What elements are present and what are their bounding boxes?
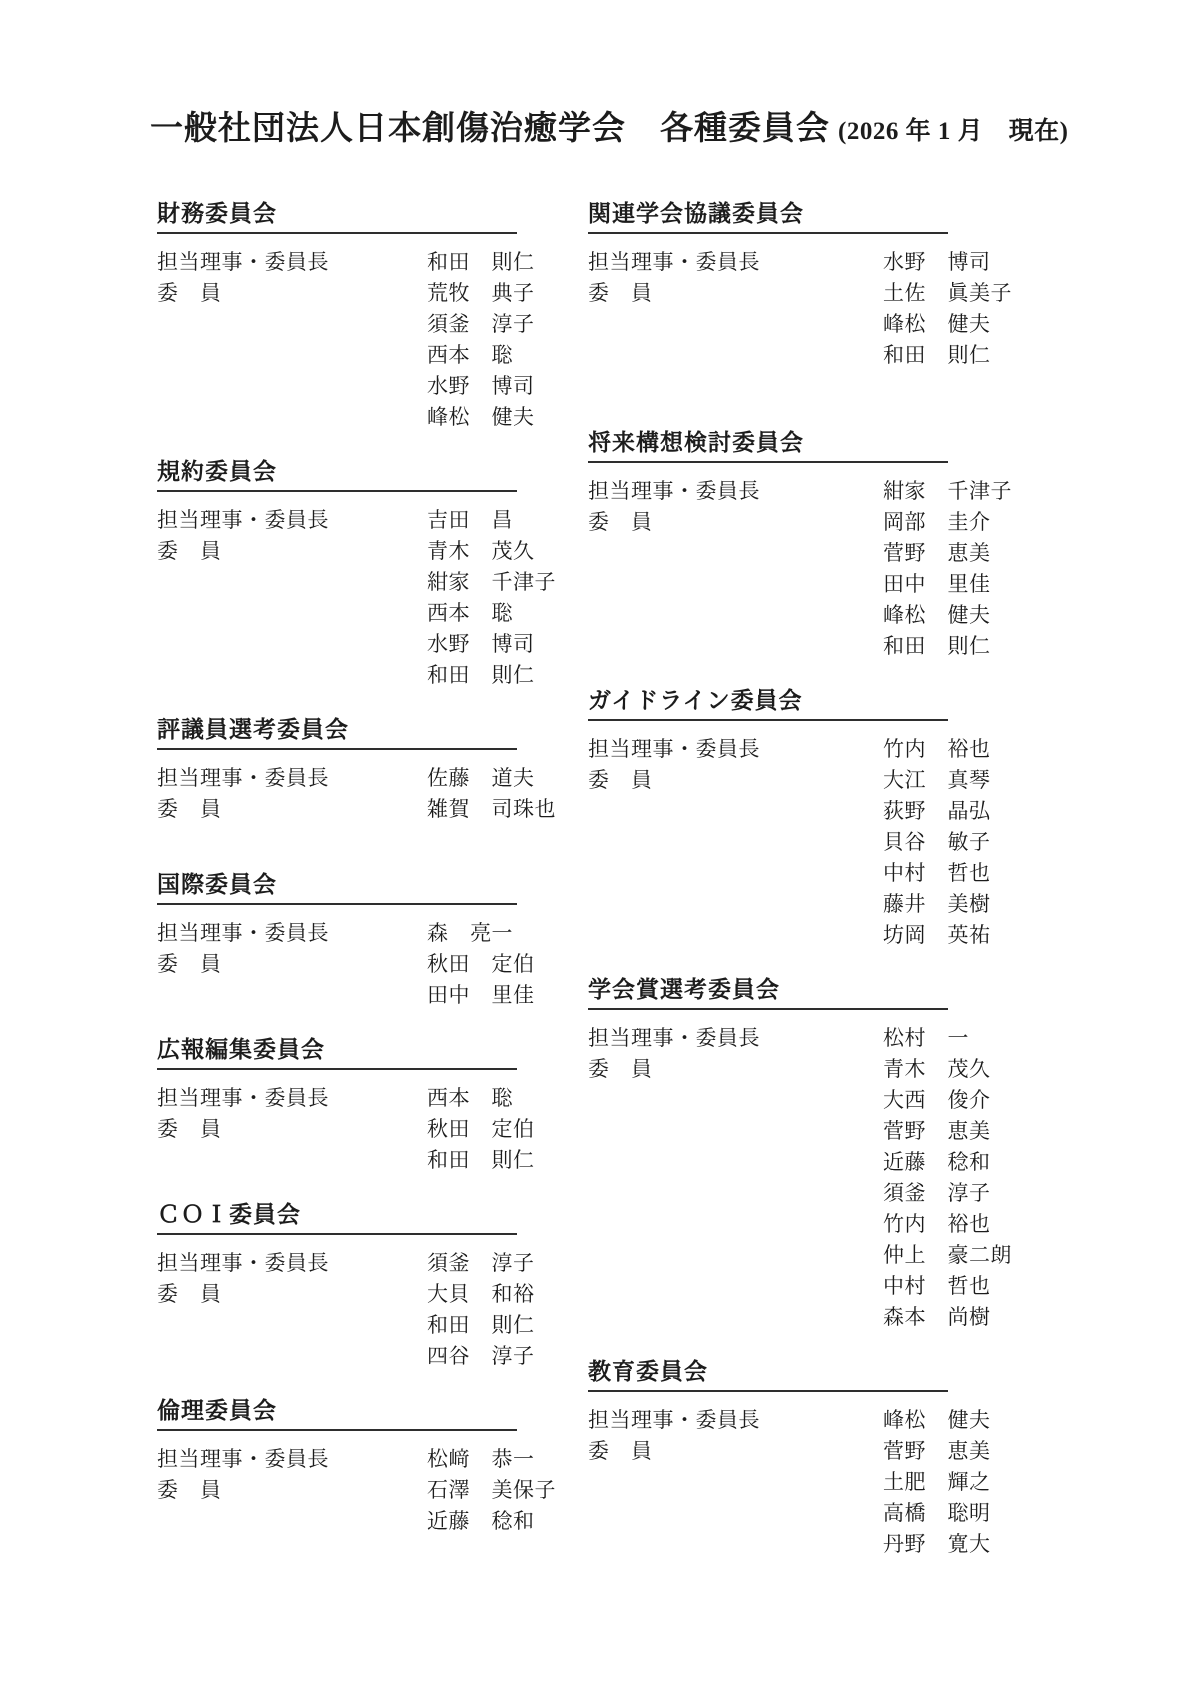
committee-row: 近藤 稔和 bbox=[588, 1147, 1028, 1178]
role-label bbox=[157, 629, 427, 660]
role-label: 担当理事・委員長 bbox=[588, 1023, 883, 1054]
document-title: 一般社団法人日本創傷治癒学会 各種委員会(2026 年 1 月 現在) bbox=[150, 102, 960, 149]
committee-section: 規約委員会 担当理事・委員長吉田 昌委 員青木 茂久紺家 千津子西本 聡水野 博… bbox=[157, 458, 597, 691]
role-label: 委 員 bbox=[157, 536, 427, 567]
member-name: 森本 尚樹 bbox=[883, 1302, 991, 1333]
committee-rows: 担当理事・委員長水野 博司委 員土佐 眞美子峰松 健夫和田 則仁 bbox=[588, 247, 1028, 371]
member-name: 森 亮一 bbox=[427, 918, 513, 949]
committee-section: 財務委員会 担当理事・委員長和田 則仁委 員荒牧 典子須釜 淳子西本 聡水野 博… bbox=[157, 200, 597, 433]
committee-row: 菅野 恵美 bbox=[588, 538, 1028, 569]
role-label bbox=[157, 340, 427, 371]
role-label: 委 員 bbox=[157, 1114, 427, 1145]
role-label bbox=[588, 1085, 883, 1116]
member-name: 荻野 晶弘 bbox=[883, 796, 991, 827]
role-label: 委 員 bbox=[157, 794, 427, 825]
role-label: 委 員 bbox=[157, 278, 427, 309]
committee-row: 仲上 豪二朗 bbox=[588, 1240, 1028, 1271]
member-name: 秋田 定伯 bbox=[427, 1114, 535, 1145]
member-name: 西本 聡 bbox=[427, 1083, 513, 1114]
committee-row: 中村 哲也 bbox=[588, 1271, 1028, 1302]
committee-rows: 担当理事・委員長西本 聡委 員秋田 定伯和田 則仁 bbox=[157, 1083, 597, 1176]
member-name: 青木 茂久 bbox=[427, 536, 535, 567]
role-label: 担当理事・委員長 bbox=[157, 918, 427, 949]
committee-row: 委 員岡部 圭介 bbox=[588, 507, 1028, 538]
committee-rows: 担当理事・委員長松村 一委 員青木 茂久大西 俊介菅野 恵美近藤 稔和須釜 淳子… bbox=[588, 1023, 1028, 1333]
role-label bbox=[157, 1506, 427, 1537]
member-name: 四谷 淳子 bbox=[427, 1341, 535, 1372]
member-name: 大江 真琴 bbox=[883, 765, 991, 796]
role-label bbox=[588, 569, 883, 600]
member-name: 須釜 淳子 bbox=[427, 309, 535, 340]
role-label bbox=[588, 1240, 883, 1271]
role-label bbox=[588, 1271, 883, 1302]
committee-title: ＣＯＩ委員会 bbox=[157, 1201, 517, 1235]
member-name: 松﨑 恭一 bbox=[427, 1444, 535, 1475]
committee-section: 評議員選考委員会 担当理事・委員長佐藤 道夫委 員雑賀 司珠也 bbox=[157, 716, 597, 825]
member-name: 須釜 淳子 bbox=[883, 1178, 991, 1209]
member-name: 水野 博司 bbox=[427, 371, 535, 402]
committee-section: 広報編集委員会 担当理事・委員長西本 聡委 員秋田 定伯和田 則仁 bbox=[157, 1036, 597, 1176]
title-date-note: (2026 年 1 月 現在) bbox=[838, 118, 1068, 145]
member-name: 和田 則仁 bbox=[427, 660, 535, 691]
member-name: 菅野 恵美 bbox=[883, 1436, 991, 1467]
role-label bbox=[588, 920, 883, 951]
role-label: 委 員 bbox=[588, 1436, 883, 1467]
committee-row: 水野 博司 bbox=[157, 371, 597, 402]
member-name: 秋田 定伯 bbox=[427, 949, 535, 980]
committee-row: 担当理事・委員長水野 博司 bbox=[588, 247, 1028, 278]
role-label: 担当理事・委員長 bbox=[157, 1248, 427, 1279]
role-label: 担当理事・委員長 bbox=[588, 476, 883, 507]
role-label bbox=[588, 1467, 883, 1498]
committee-row: 四谷 淳子 bbox=[157, 1341, 597, 1372]
committee-row: 委 員大貝 和裕 bbox=[157, 1279, 597, 1310]
member-name: 土肥 輝之 bbox=[883, 1467, 991, 1498]
committee-row: 森本 尚樹 bbox=[588, 1302, 1028, 1333]
committee-row: 委 員荒牧 典子 bbox=[157, 278, 597, 309]
committee-section: ＣＯＩ委員会 担当理事・委員長須釜 淳子委 員大貝 和裕和田 則仁四谷 淳子 bbox=[157, 1201, 597, 1372]
member-name: 紺家 千津子 bbox=[883, 476, 1012, 507]
role-label: 委 員 bbox=[588, 507, 883, 538]
committee-section: 関連学会協議委員会 担当理事・委員長水野 博司委 員土佐 眞美子峰松 健夫和田 … bbox=[588, 200, 1028, 371]
role-label bbox=[157, 309, 427, 340]
member-name: 近藤 稔和 bbox=[883, 1147, 991, 1178]
committee-rows: 担当理事・委員長須釜 淳子委 員大貝 和裕和田 則仁四谷 淳子 bbox=[157, 1248, 597, 1372]
member-name: 吉田 昌 bbox=[427, 505, 513, 536]
document-page: 一般社団法人日本創傷治癒学会 各種委員会(2026 年 1 月 現在) 財務委員… bbox=[0, 0, 1200, 1698]
member-name: 西本 聡 bbox=[427, 340, 513, 371]
member-name: 菅野 恵美 bbox=[883, 1116, 991, 1147]
role-label bbox=[588, 340, 883, 371]
committee-row: 和田 則仁 bbox=[157, 1310, 597, 1341]
committee-row: 和田 則仁 bbox=[157, 660, 597, 691]
role-label: 担当理事・委員長 bbox=[588, 247, 883, 278]
committee-row: 和田 則仁 bbox=[157, 1145, 597, 1176]
member-name: 貝谷 敏子 bbox=[883, 827, 991, 858]
member-name: 大西 俊介 bbox=[883, 1085, 991, 1116]
committee-row: 委 員石澤 美保子 bbox=[157, 1475, 597, 1506]
committee-row: 和田 則仁 bbox=[588, 340, 1028, 371]
committee-row: 担当理事・委員長紺家 千津子 bbox=[588, 476, 1028, 507]
committee-row: 田中 里佳 bbox=[588, 569, 1028, 600]
member-name: 青木 茂久 bbox=[883, 1054, 991, 1085]
committee-rows: 担当理事・委員長吉田 昌委 員青木 茂久紺家 千津子西本 聡水野 博司和田 則仁 bbox=[157, 505, 597, 691]
role-label bbox=[588, 1116, 883, 1147]
committee-row: 菅野 恵美 bbox=[588, 1116, 1028, 1147]
committee-row: 近藤 稔和 bbox=[157, 1506, 597, 1537]
committee-row: 坊岡 英祐 bbox=[588, 920, 1028, 951]
committee-rows: 担当理事・委員長和田 則仁委 員荒牧 典子須釜 淳子西本 聡水野 博司峰松 健夫 bbox=[157, 247, 597, 433]
committee-row: 担当理事・委員長吉田 昌 bbox=[157, 505, 597, 536]
role-label: 委 員 bbox=[588, 278, 883, 309]
committee-row: 委 員大江 真琴 bbox=[588, 765, 1028, 796]
role-label bbox=[588, 1302, 883, 1333]
member-name: 佐藤 道夫 bbox=[427, 763, 535, 794]
member-name: 中村 哲也 bbox=[883, 858, 991, 889]
member-name: 竹内 裕也 bbox=[883, 734, 991, 765]
committee-row: 担当理事・委員長西本 聡 bbox=[157, 1083, 597, 1114]
role-label bbox=[157, 660, 427, 691]
committee-title: 関連学会協議委員会 bbox=[588, 200, 948, 234]
member-name: 和田 則仁 bbox=[883, 631, 991, 662]
committee-rows: 担当理事・委員長松﨑 恭一委 員石澤 美保子近藤 稔和 bbox=[157, 1444, 597, 1537]
role-label bbox=[157, 1145, 427, 1176]
committee-row: 委 員菅野 恵美 bbox=[588, 1436, 1028, 1467]
committee-title: 規約委員会 bbox=[157, 458, 517, 492]
role-label bbox=[588, 538, 883, 569]
committee-rows: 担当理事・委員長竹内 裕也委 員大江 真琴荻野 晶弘貝谷 敏子中村 哲也藤井 美… bbox=[588, 734, 1028, 951]
committee-row: 担当理事・委員長須釜 淳子 bbox=[157, 1248, 597, 1279]
role-label: 委 員 bbox=[588, 1054, 883, 1085]
member-name: 紺家 千津子 bbox=[427, 567, 556, 598]
committee-rows: 担当理事・委員長紺家 千津子委 員岡部 圭介菅野 恵美田中 里佳峰松 健夫和田 … bbox=[588, 476, 1028, 662]
committee-section: 倫理委員会 担当理事・委員長松﨑 恭一委 員石澤 美保子近藤 稔和 bbox=[157, 1397, 597, 1537]
column-right: 関連学会協議委員会 担当理事・委員長水野 博司委 員土佐 眞美子峰松 健夫和田 … bbox=[588, 200, 1028, 1585]
member-name: 竹内 裕也 bbox=[883, 1209, 991, 1240]
committee-row: 担当理事・委員長佐藤 道夫 bbox=[157, 763, 597, 794]
committee-row: 西本 聡 bbox=[157, 340, 597, 371]
role-label: 担当理事・委員長 bbox=[157, 763, 427, 794]
member-name: 中村 哲也 bbox=[883, 1271, 991, 1302]
committee-row: 委 員秋田 定伯 bbox=[157, 949, 597, 980]
role-label bbox=[157, 371, 427, 402]
role-label bbox=[157, 402, 427, 433]
committee-row: 峰松 健夫 bbox=[588, 309, 1028, 340]
member-name: 峰松 健夫 bbox=[427, 402, 535, 433]
member-name: 大貝 和裕 bbox=[427, 1279, 535, 1310]
committee-row: 紺家 千津子 bbox=[157, 567, 597, 598]
committee-row: 担当理事・委員長竹内 裕也 bbox=[588, 734, 1028, 765]
committee-row: 委 員雑賀 司珠也 bbox=[157, 794, 597, 825]
member-name: 峰松 健夫 bbox=[883, 1405, 991, 1436]
member-name: 須釜 淳子 bbox=[427, 1248, 535, 1279]
role-label: 担当理事・委員長 bbox=[157, 1083, 427, 1114]
member-name: 雑賀 司珠也 bbox=[427, 794, 556, 825]
role-label bbox=[588, 309, 883, 340]
role-label: 担当理事・委員長 bbox=[588, 734, 883, 765]
committee-title: 将来構想検討委員会 bbox=[588, 429, 948, 463]
committee-title: ガイドライン委員会 bbox=[588, 687, 948, 721]
committee-title: 国際委員会 bbox=[157, 871, 517, 905]
committee-rows: 担当理事・委員長峰松 健夫委 員菅野 恵美土肥 輝之高橋 聡明丹野 寛大 bbox=[588, 1405, 1028, 1560]
role-label bbox=[588, 631, 883, 662]
committee-section: ガイドライン委員会 担当理事・委員長竹内 裕也委 員大江 真琴荻野 晶弘貝谷 敏… bbox=[588, 687, 1028, 951]
committee-row: 西本 聡 bbox=[157, 598, 597, 629]
role-label bbox=[588, 796, 883, 827]
committee-section: 国際委員会 担当理事・委員長森 亮一委 員秋田 定伯田中 里佳 bbox=[157, 871, 597, 1011]
member-name: 土佐 眞美子 bbox=[883, 278, 1012, 309]
member-name: 近藤 稔和 bbox=[427, 1506, 535, 1537]
role-label bbox=[588, 1529, 883, 1560]
committee-row: 峰松 健夫 bbox=[588, 600, 1028, 631]
member-name: 菅野 恵美 bbox=[883, 538, 991, 569]
role-label: 担当理事・委員長 bbox=[588, 1405, 883, 1436]
committee-title: 評議員選考委員会 bbox=[157, 716, 517, 750]
member-name: 和田 則仁 bbox=[427, 247, 535, 278]
committee-title: 学会賞選考委員会 bbox=[588, 976, 948, 1010]
member-name: 坊岡 英祐 bbox=[883, 920, 991, 951]
role-label bbox=[588, 1209, 883, 1240]
committee-row: 担当理事・委員長松村 一 bbox=[588, 1023, 1028, 1054]
committee-row: 担当理事・委員長峰松 健夫 bbox=[588, 1405, 1028, 1436]
committee-row: 峰松 健夫 bbox=[157, 402, 597, 433]
committee-row: 担当理事・委員長松﨑 恭一 bbox=[157, 1444, 597, 1475]
member-name: 水野 博司 bbox=[883, 247, 991, 278]
role-label bbox=[157, 567, 427, 598]
role-label bbox=[588, 1178, 883, 1209]
role-label: 担当理事・委員長 bbox=[157, 505, 427, 536]
title-main: 一般社団法人日本創傷治癒学会 各種委員会 bbox=[150, 111, 830, 147]
role-label: 委 員 bbox=[157, 1475, 427, 1506]
role-label bbox=[588, 600, 883, 631]
role-label: 担当理事・委員長 bbox=[157, 1444, 427, 1475]
committee-row: 担当理事・委員長森 亮一 bbox=[157, 918, 597, 949]
committee-rows: 担当理事・委員長佐藤 道夫委 員雑賀 司珠也 bbox=[157, 763, 597, 825]
committee-row: 土肥 輝之 bbox=[588, 1467, 1028, 1498]
committee-row: 大西 俊介 bbox=[588, 1085, 1028, 1116]
member-name: 岡部 圭介 bbox=[883, 507, 991, 538]
role-label: 委 員 bbox=[157, 1279, 427, 1310]
member-name: 田中 里佳 bbox=[427, 980, 535, 1011]
committee-row: 高橋 聡明 bbox=[588, 1498, 1028, 1529]
role-label: 委 員 bbox=[588, 765, 883, 796]
committee-row: 須釜 淳子 bbox=[588, 1178, 1028, 1209]
committee-row: 水野 博司 bbox=[157, 629, 597, 660]
role-label bbox=[588, 1147, 883, 1178]
role-label bbox=[157, 1341, 427, 1372]
committee-section: 教育委員会 担当理事・委員長峰松 健夫委 員菅野 恵美土肥 輝之高橋 聡明丹野 … bbox=[588, 1358, 1028, 1560]
member-name: 藤井 美樹 bbox=[883, 889, 991, 920]
committee-title: 教育委員会 bbox=[588, 1358, 948, 1392]
committee-row: 担当理事・委員長和田 則仁 bbox=[157, 247, 597, 278]
member-name: 石澤 美保子 bbox=[427, 1475, 556, 1506]
member-name: 峰松 健夫 bbox=[883, 600, 991, 631]
committee-rows: 担当理事・委員長森 亮一委 員秋田 定伯田中 里佳 bbox=[157, 918, 597, 1011]
role-label bbox=[588, 858, 883, 889]
committee-section: 学会賞選考委員会 担当理事・委員長松村 一委 員青木 茂久大西 俊介菅野 恵美近… bbox=[588, 976, 1028, 1333]
committee-row: 藤井 美樹 bbox=[588, 889, 1028, 920]
committee-row: 委 員青木 茂久 bbox=[157, 536, 597, 567]
role-label: 担当理事・委員長 bbox=[157, 247, 427, 278]
role-label bbox=[588, 1498, 883, 1529]
committee-row: 貝谷 敏子 bbox=[588, 827, 1028, 858]
role-label bbox=[157, 980, 427, 1011]
committee-row: 田中 里佳 bbox=[157, 980, 597, 1011]
committee-row: 須釜 淳子 bbox=[157, 309, 597, 340]
member-name: 和田 則仁 bbox=[427, 1145, 535, 1176]
role-label: 委 員 bbox=[157, 949, 427, 980]
committee-title: 広報編集委員会 bbox=[157, 1036, 517, 1070]
member-name: 荒牧 典子 bbox=[427, 278, 535, 309]
member-name: 峰松 健夫 bbox=[883, 309, 991, 340]
role-label bbox=[588, 889, 883, 920]
member-name: 松村 一 bbox=[883, 1023, 969, 1054]
member-name: 西本 聡 bbox=[427, 598, 513, 629]
member-name: 高橋 聡明 bbox=[883, 1498, 991, 1529]
committee-title: 財務委員会 bbox=[157, 200, 517, 234]
member-name: 和田 則仁 bbox=[883, 340, 991, 371]
committee-section: 将来構想検討委員会 担当理事・委員長紺家 千津子委 員岡部 圭介菅野 恵美田中 … bbox=[588, 429, 1028, 662]
role-label bbox=[588, 827, 883, 858]
column-left: 財務委員会 担当理事・委員長和田 則仁委 員荒牧 典子須釜 淳子西本 聡水野 博… bbox=[157, 200, 597, 1562]
committee-row: 委 員秋田 定伯 bbox=[157, 1114, 597, 1145]
committee-row: 委 員青木 茂久 bbox=[588, 1054, 1028, 1085]
role-label bbox=[157, 1310, 427, 1341]
member-name: 丹野 寛大 bbox=[883, 1529, 991, 1560]
member-name: 田中 里佳 bbox=[883, 569, 991, 600]
committee-row: 和田 則仁 bbox=[588, 631, 1028, 662]
committee-row: 丹野 寛大 bbox=[588, 1529, 1028, 1560]
committee-row: 中村 哲也 bbox=[588, 858, 1028, 889]
member-name: 水野 博司 bbox=[427, 629, 535, 660]
committee-row: 委 員土佐 眞美子 bbox=[588, 278, 1028, 309]
committee-row: 荻野 晶弘 bbox=[588, 796, 1028, 827]
member-name: 仲上 豪二朗 bbox=[883, 1240, 1012, 1271]
member-name: 和田 則仁 bbox=[427, 1310, 535, 1341]
committee-title: 倫理委員会 bbox=[157, 1397, 517, 1431]
committee-row: 竹内 裕也 bbox=[588, 1209, 1028, 1240]
role-label bbox=[157, 598, 427, 629]
